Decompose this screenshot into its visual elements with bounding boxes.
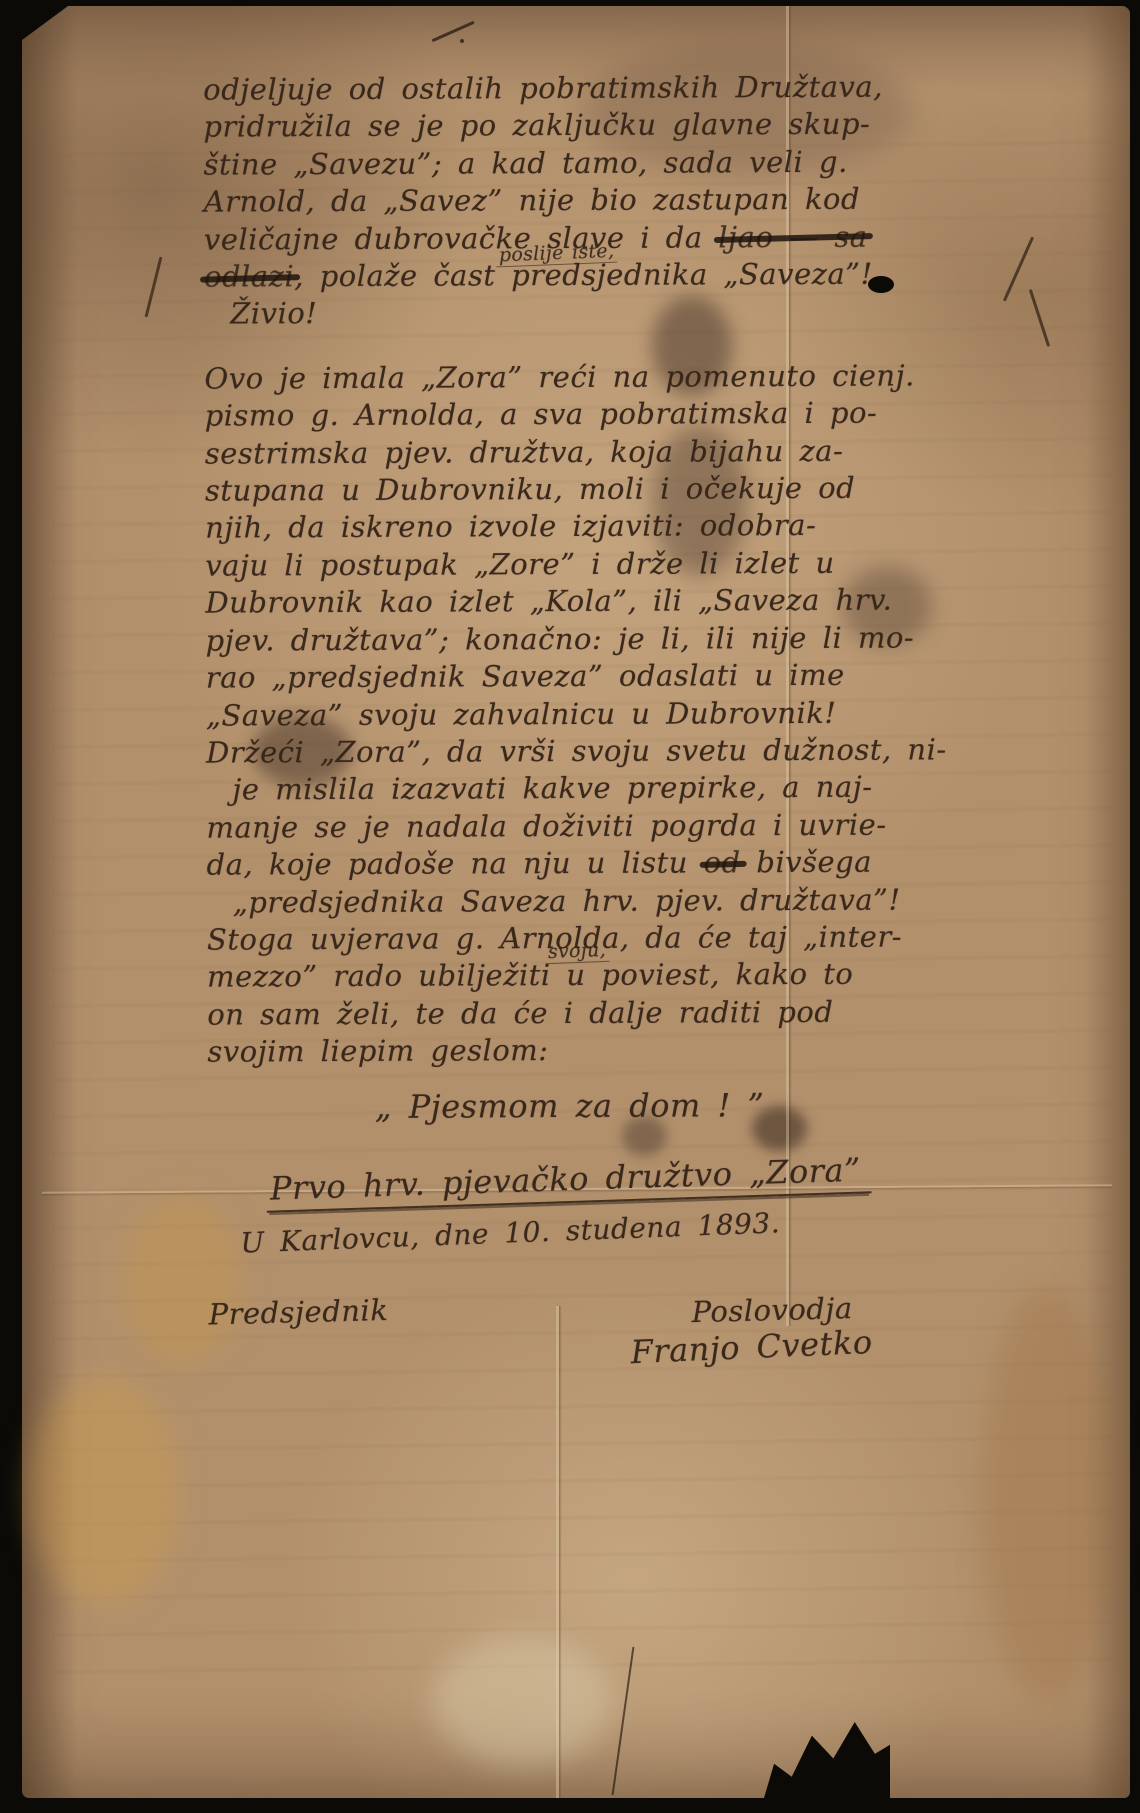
inserted-text: svoju, [545,941,610,964]
line-text: bivšega [741,845,872,880]
struck-text: ljao — sa [718,219,867,254]
handwritten-line: Držeći „Zora”, da vrši svoju svetu dužno… [206,731,970,772]
handwritten-line: „Saveza” svoju zahvalnicu u Dubrovnik! [206,694,970,735]
line-text: poviest, kako to [601,957,853,992]
letter-body: odjeljuje od ostalih pobratimskih Družta… [0,68,1140,1377]
handwritten-line: da, koje padoše na nju u listu od bivšeg… [207,843,971,884]
handwritten-line: Ovo je imala „Zora” reći na pomenuto cie… [204,357,968,398]
handwritten-line: sestrimska pjev. družtva, koja bijahu za… [205,432,969,473]
handwritten-line: odjeljuje od ostalih pobratimskih Družta… [203,68,967,109]
motto-line: „ Pjesmom za dom ! ” [208,1086,972,1127]
stain [432,1636,612,1766]
struck-text: odlazi [204,259,294,293]
struck-text: od [704,845,741,879]
handwritten-line: rao „predsjednik Saveza” odaslati u ime [206,656,970,697]
pen-tick-mark [431,21,474,42]
handwritten-line: on sam želi, te da će i dalje raditi pod [207,993,971,1034]
handwritten-line: Dubrovnik kao izlet „Kola”, ili „Saveza … [205,582,969,623]
pen-dot-mark [460,39,464,43]
handwritten-line: pjev. družtava”; konačno: je li, ili nij… [206,619,970,660]
handwritten-line: svojim liepim geslom: [207,1030,971,1071]
handwritten-line: Arnold, da „Savez” nije bio zastupan kod [204,180,968,221]
handwritten-line: pismo g. Arnolda, a sva pobratimska i po… [205,395,969,436]
line-text: da, koje padoše na nju u listu [207,846,704,882]
handwritten-line: pridružila se je po zaključku glavne sku… [203,106,967,147]
handwritten-line: stupana u Dubrovniku, moli i očekuje od [205,469,969,510]
handwritten-line: manje se je nadala doživiti pogrda i uvr… [206,806,970,847]
handwritten-line: vaju li postupak „Zore” i drže li izlet … [205,544,969,585]
handwritten-line: svoju, mezzo” rado ubilježiti u poviest,… [207,956,971,997]
president-label: Predsjednik [208,1292,389,1334]
handwritten-line: njih, da iskreno izvole izjaviti: odobra… [205,507,969,548]
handwritten-line: poslije iste, odlazi, polaže čast predsj… [204,255,968,296]
line-text: veličajne dubrovačke slave i da [204,220,719,256]
line-text: mezzo” rado ubilježiti u [207,958,601,994]
corner-chip [22,6,68,40]
handwritten-line: je mislila izazvati kakve prepirke, a na… [232,769,970,810]
handwritten-line: „predsjednika Saveza hrv. pjev. družtava… [233,881,971,922]
vertical-fold [556,1306,559,1798]
handwritten-line: štine „Savezu”; a kad tamo, sada veli g. [203,143,967,184]
stain [30,1376,180,1606]
bottom-tear [764,1722,890,1798]
paragraph-gap [204,330,968,360]
handwritten-line: Živio! [230,293,968,334]
